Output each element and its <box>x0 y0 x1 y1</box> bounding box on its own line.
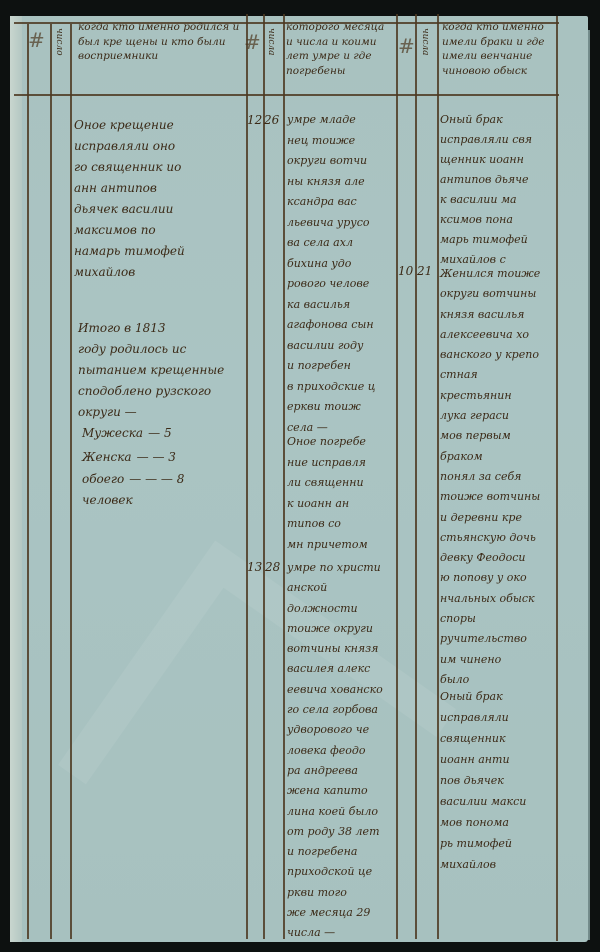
header-scribble-mid: # <box>244 30 261 54</box>
total-count: 8 <box>177 472 185 486</box>
header-scribble-left: # <box>28 28 45 52</box>
birth-summary-female-row: Женска — — 3 <box>82 446 242 468</box>
male-count: 5 <box>164 426 172 440</box>
death-1-text: умре младе нец тоиже округи вотчи ны кня… <box>287 110 397 438</box>
death-number-header: числа <box>266 28 276 56</box>
death-column-header: которого месяца и числа и коими лет умре… <box>286 20 394 78</box>
marriage-1-officiants: Оный брак исправляли священник иоанн ант… <box>440 686 560 875</box>
death-2-month: 13 <box>247 560 262 574</box>
page-edge-left <box>10 16 22 942</box>
marriage-day-col-line <box>415 14 417 939</box>
death-month-col-line <box>246 14 248 939</box>
death-1-burial-note: Оное погребе ние исправля ли священни к … <box>287 432 397 555</box>
death-desc-col-line <box>283 14 285 939</box>
death-2-day: 28 <box>265 560 280 574</box>
female-count: 3 <box>168 450 176 464</box>
header-bottom-rule <box>14 94 559 96</box>
header-scribble-right: # <box>398 34 415 58</box>
death-day-col-line <box>263 14 265 939</box>
marriage-column-header: когда кто именно имели браки и где имели… <box>442 20 560 78</box>
marriage-1-day: 21 <box>417 264 432 278</box>
birth-entry-officiants: Оное крещение исправляли оно го священни… <box>74 115 244 283</box>
total-label: обоего <box>82 472 124 486</box>
marriage-number-header: числа <box>420 28 430 56</box>
birth-summary-text: Итого в 1813 году родилось ис пытанием к… <box>78 318 246 423</box>
male-label: Мужеска <box>82 426 143 440</box>
birth-number-col-line <box>70 24 72 939</box>
death-2-text: умре по христи анской должности тоиже ок… <box>287 558 397 944</box>
margin-line-1 <box>27 24 29 939</box>
birth-summary-total-row: обоего — — — 8 <box>82 468 242 490</box>
birth-summary-male-row: Мужеска — 5 <box>82 422 242 444</box>
marriage-1-text: Женился тоиже округи вотчины князя васил… <box>440 264 560 690</box>
marriage-1-month: 10 <box>398 264 413 278</box>
female-label: Женска <box>82 450 132 464</box>
death-1-month: 12 <box>247 113 262 127</box>
margin-line-2 <box>50 24 52 939</box>
birth-summary-persons: человек <box>82 490 133 511</box>
death-1-day: 26 <box>264 113 279 127</box>
birth-column-header: когда кто именно родился и был кре щены … <box>78 20 243 64</box>
birth-number-header: число <box>54 28 64 56</box>
marriage-0-officiants: Оный брак исправляли свя щенник иоанн ан… <box>440 110 560 270</box>
marriage-desc-col-line <box>437 14 439 939</box>
